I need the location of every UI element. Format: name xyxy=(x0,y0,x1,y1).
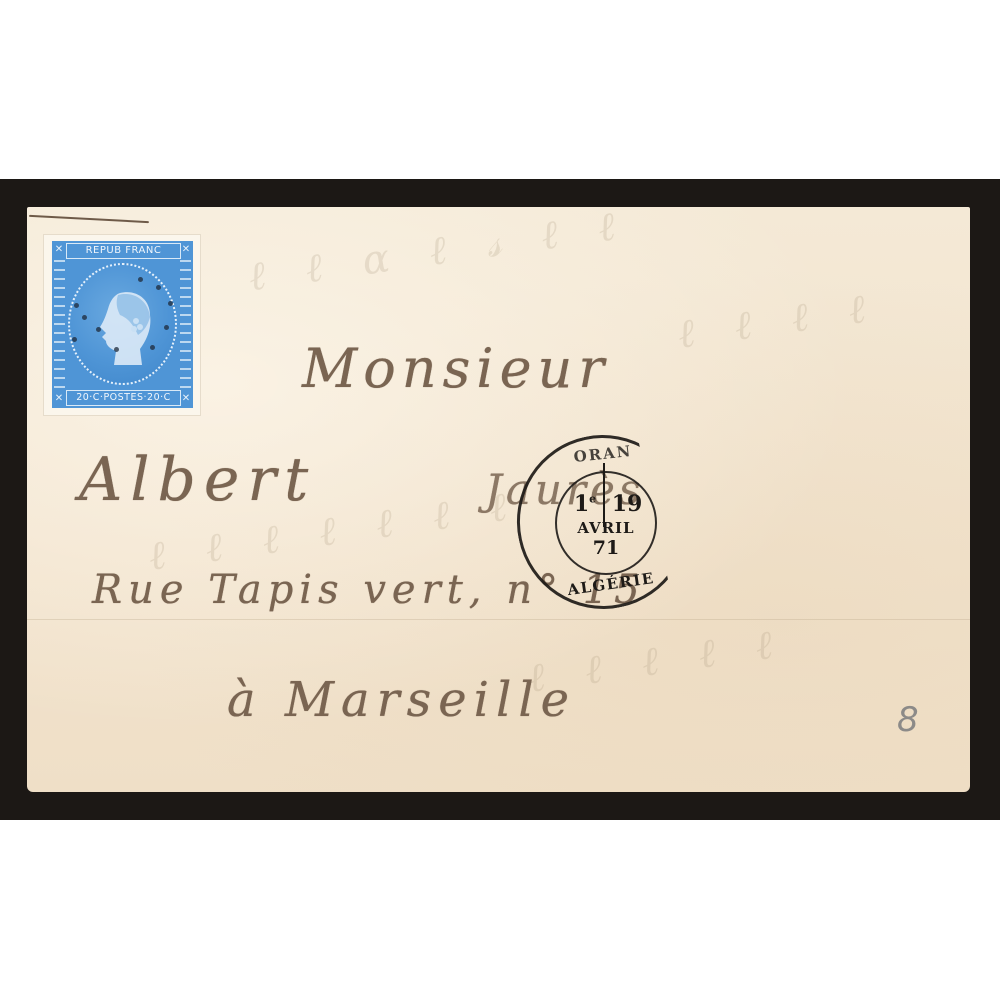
stamp-top-label: REPUB FRANC xyxy=(66,243,181,259)
address-city: à Marseille xyxy=(227,672,576,728)
cancel-dot xyxy=(74,303,79,308)
stamp-corner-ornament: ✕ xyxy=(53,392,65,406)
stamp-design: ✕ ✕ ✕ ✕ REPUB FRANC xyxy=(52,241,193,408)
stamp-greek-key-border xyxy=(180,260,191,389)
postmark-collection-number: 1 xyxy=(574,491,589,517)
ink-stroke xyxy=(29,215,149,223)
postmark-day: 19 xyxy=(609,491,645,517)
address-salutation: Monsieur xyxy=(302,337,610,400)
postmark-month: AVRIL xyxy=(563,519,649,537)
stamp-medallion xyxy=(68,263,177,385)
postmark-collection-suffix: e xyxy=(589,493,596,506)
stamp-corner-ornament: ✕ xyxy=(180,392,192,406)
cancel-dot xyxy=(72,337,77,342)
postmark-year: 71 xyxy=(577,537,635,559)
address-name: Albert xyxy=(79,445,316,515)
fold-line xyxy=(27,619,970,620)
cancel-dot xyxy=(82,315,87,320)
cancel-dot xyxy=(96,327,101,332)
stamp-greek-key-border xyxy=(54,260,65,389)
stamp-corner-ornament: ✕ xyxy=(53,243,65,257)
stamp-bottom-label: 20·C·POSTES·20·C xyxy=(66,390,181,406)
bleed-through-text: ℓ ℓ ɑ ℓ 𝓈 ℓ ℓ xyxy=(246,207,632,300)
cancel-dot xyxy=(138,277,143,282)
cancel-dot xyxy=(114,347,119,352)
cancel-dot xyxy=(164,325,169,330)
cancel-dot xyxy=(156,285,161,290)
bleed-through-text: ℓ ℓ ℓ ℓ xyxy=(675,283,882,358)
postmark-cancel: ORAN 1e 19 AVRIL 71 ALGÉRIE xyxy=(517,435,697,615)
cancel-dot xyxy=(168,301,173,306)
cancel-dot xyxy=(150,345,155,350)
postmark-divider xyxy=(603,463,605,527)
pencil-annotation: 8 xyxy=(897,700,919,740)
ceres-head-icon xyxy=(90,285,156,367)
envelope-letter: ℓ ℓ ɑ ℓ 𝓈 ℓ ℓ ℓ ℓ ℓ ℓ ℓ ℓ ℓ ℓ ℓ ℓ ℓ ℓ ℓ … xyxy=(27,207,970,792)
stamp-corner-ornament: ✕ xyxy=(180,243,192,257)
postmark-collection: 1e xyxy=(567,491,603,517)
postage-stamp: ✕ ✕ ✕ ✕ REPUB FRANC xyxy=(43,234,201,416)
